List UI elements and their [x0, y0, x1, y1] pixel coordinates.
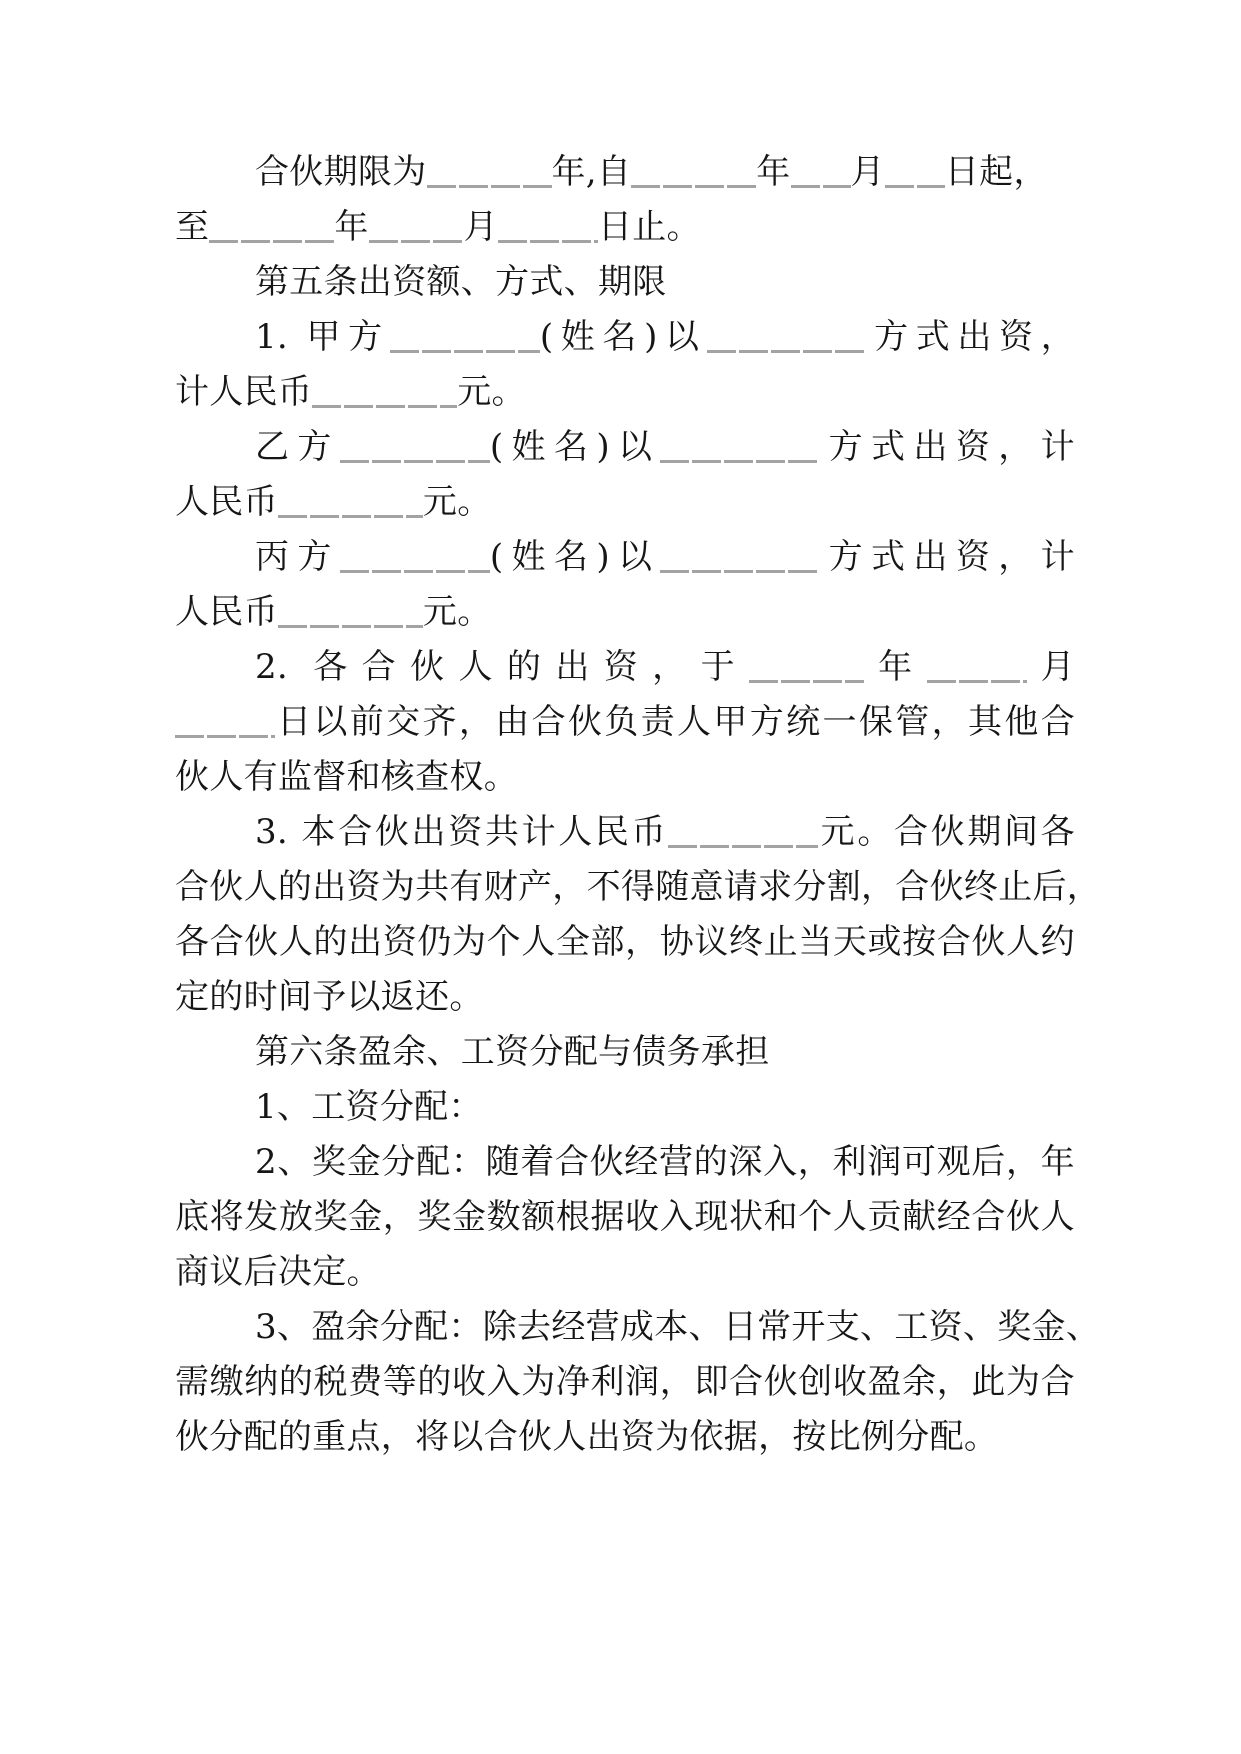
article-5-item-1-partyA-line-2: 计人民币元。: [175, 365, 1075, 420]
blank-field: [660, 543, 820, 573]
text-run: 至: [175, 207, 209, 247]
text-run: (姓名)以: [490, 427, 661, 467]
article-6-item-3-line-1: 3、盈余分配：除去经营成本、日常开支、工资、奖金、: [175, 1300, 1075, 1355]
text-run: 需缴纳的税费等的收入为净利润，即合伙创收盈余，此为合: [175, 1362, 1075, 1402]
text-run: 2. 各合伙人的出资，于: [255, 647, 749, 687]
text-run: 元。合伙期间各: [818, 812, 1075, 852]
text-run: 第六条盈余、工资分配与债务承担: [255, 1032, 770, 1072]
blank-field: [749, 653, 864, 683]
partnership-term-line-1: 合伙期限为年,自年月日起，: [175, 145, 1075, 200]
blank-field: [278, 598, 423, 628]
text-run: 月: [851, 152, 885, 192]
text-run: 商议后决定。: [175, 1252, 381, 1292]
blank-field: [668, 818, 818, 848]
blank-field: [631, 158, 756, 188]
article-5-item-1-partyA-line-1: 1. 甲方(姓名)以方式出资，: [175, 310, 1075, 365]
text-run: 3、盈余分配：除去经营成本、日常开支、工资、奖金、: [255, 1307, 1100, 1347]
text-run: 方式出资，计: [820, 537, 1075, 577]
blank-field: [278, 488, 423, 518]
text-run: 月: [1027, 647, 1075, 687]
article-5-item-3-line-2: 合伙人的出资为共有财产，不得随意请求分割，合伙终止后，: [175, 860, 1075, 915]
blank-field: [660, 433, 820, 463]
page-background: 合伙期限为年,自年月日起，至年月日止。第五条出资额、方式、期限1. 甲方(姓名)…: [0, 0, 1241, 1754]
article-6-heading: 第六条盈余、工资分配与债务承担: [175, 1025, 1075, 1080]
article-6-item-3-line-2: 需缴纳的税费等的收入为净利润，即合伙创收盈余，此为合: [175, 1355, 1075, 1410]
document-page: { "page": { "background_color": "#ffffff…: [0, 0, 1241, 1754]
text-run: 1、工资分配：: [255, 1087, 483, 1127]
text-run: 合伙人的出资为共有财产，不得随意请求分割，合伙终止后，: [175, 867, 1101, 907]
blank-field: [340, 433, 490, 463]
text-run: 日以前交齐，由合伙负责人甲方统一保管，其他合: [275, 702, 1075, 742]
text-run: (姓名)以: [540, 317, 707, 357]
blank-field: [175, 708, 275, 738]
article-5-item-3-line-1: 3. 本合伙出资共计人民币元。合伙期间各: [175, 805, 1075, 860]
text-run: 年: [334, 207, 368, 247]
text-run: 年: [864, 647, 927, 687]
article-5-item-1-partyC-line-1: 丙方(姓名)以方式出资，计: [175, 530, 1075, 585]
article-6-item-2-line-2: 底将发放奖金，奖金数额根据收入现状和个人贡献经合伙人: [175, 1190, 1075, 1245]
blank-field: [791, 158, 851, 188]
blank-field: [498, 213, 598, 243]
text-run: 1. 甲方: [255, 317, 390, 357]
blank-field: [312, 378, 457, 408]
text-run: 各合伙人的出资仍为个人全部，协议终止当天或按合伙人约: [175, 922, 1075, 962]
article-5-item-2-line-3: 伙人有监督和核查权。: [175, 750, 1075, 805]
article-5-item-1-partyB-line-1: 乙方(姓名)以方式出资，计: [175, 420, 1075, 475]
text-column: 合伙期限为年,自年月日起，至年月日止。第五条出资额、方式、期限1. 甲方(姓名)…: [175, 145, 1075, 1465]
article-5-item-3-line-3: 各合伙人的出资仍为个人全部，协议终止当天或按合伙人约: [175, 915, 1075, 970]
text-run: 元。: [423, 592, 492, 632]
text-run: 年: [756, 152, 790, 192]
blank-field: [885, 158, 945, 188]
article-5-item-2-line-2: 日以前交齐，由合伙负责人甲方统一保管，其他合: [175, 695, 1075, 750]
article-5-heading: 第五条出资额、方式、期限: [175, 255, 1075, 310]
text-run: 3. 本合伙出资共计人民币: [255, 812, 668, 852]
text-run: 方式出资，: [867, 317, 1075, 357]
blank-field: [427, 158, 552, 188]
text-run: 乙方: [255, 427, 340, 467]
article-5-item-1-partyC-line-2: 人民币元。: [175, 585, 1075, 640]
blank-field: [707, 323, 867, 353]
text-run: 定的时间予以返还。: [175, 977, 484, 1017]
text-run: 月: [464, 207, 498, 247]
text-run: 合伙期限为: [255, 152, 427, 192]
blank-field: [390, 323, 540, 353]
blank-field: [927, 653, 1027, 683]
text-run: 第五条出资额、方式、期限: [255, 262, 667, 302]
article-6-item-3-line-3: 伙分配的重点，将以合伙人出资为依据，按比例分配。: [175, 1410, 1075, 1465]
text-run: 人民币: [175, 592, 278, 632]
partnership-term-line-2: 至年月日止。: [175, 200, 1075, 255]
text-run: 伙分配的重点，将以合伙人出资为依据，按比例分配。: [175, 1417, 998, 1457]
text-run: (姓名)以: [490, 537, 661, 577]
article-6-item-2-line-1: 2、奖金分配：随着合伙经营的深入，利润可观后，年: [175, 1135, 1075, 1190]
text-run: 人民币: [175, 482, 278, 522]
blank-field: [340, 543, 490, 573]
text-run: 底将发放奖金，奖金数额根据收入现状和个人贡献经合伙人: [175, 1197, 1075, 1237]
text-run: 年,自: [552, 152, 632, 192]
text-run: 计人民币: [175, 372, 312, 412]
text-run: 日起，: [945, 152, 1048, 192]
article-5-item-3-line-4: 定的时间予以返还。: [175, 970, 1075, 1025]
text-run: 日止。: [598, 207, 701, 247]
blank-field: [209, 213, 334, 243]
article-6-item-2-line-3: 商议后决定。: [175, 1245, 1075, 1300]
text-run: 方式出资，计: [820, 427, 1075, 467]
article-5-item-2-line-1: 2. 各合伙人的出资，于年月: [175, 640, 1075, 695]
article-6-item-1: 1、工资分配：: [175, 1080, 1075, 1135]
text-run: 伙人有监督和核查权。: [175, 757, 518, 797]
text-run: 2、奖金分配：随着合伙经营的深入，利润可观后，年: [255, 1142, 1075, 1182]
blank-field: [369, 213, 464, 243]
article-5-item-1-partyB-line-2: 人民币元。: [175, 475, 1075, 530]
text-run: 丙方: [255, 537, 340, 577]
text-run: 元。: [457, 372, 526, 412]
text-run: 元。: [423, 482, 492, 522]
